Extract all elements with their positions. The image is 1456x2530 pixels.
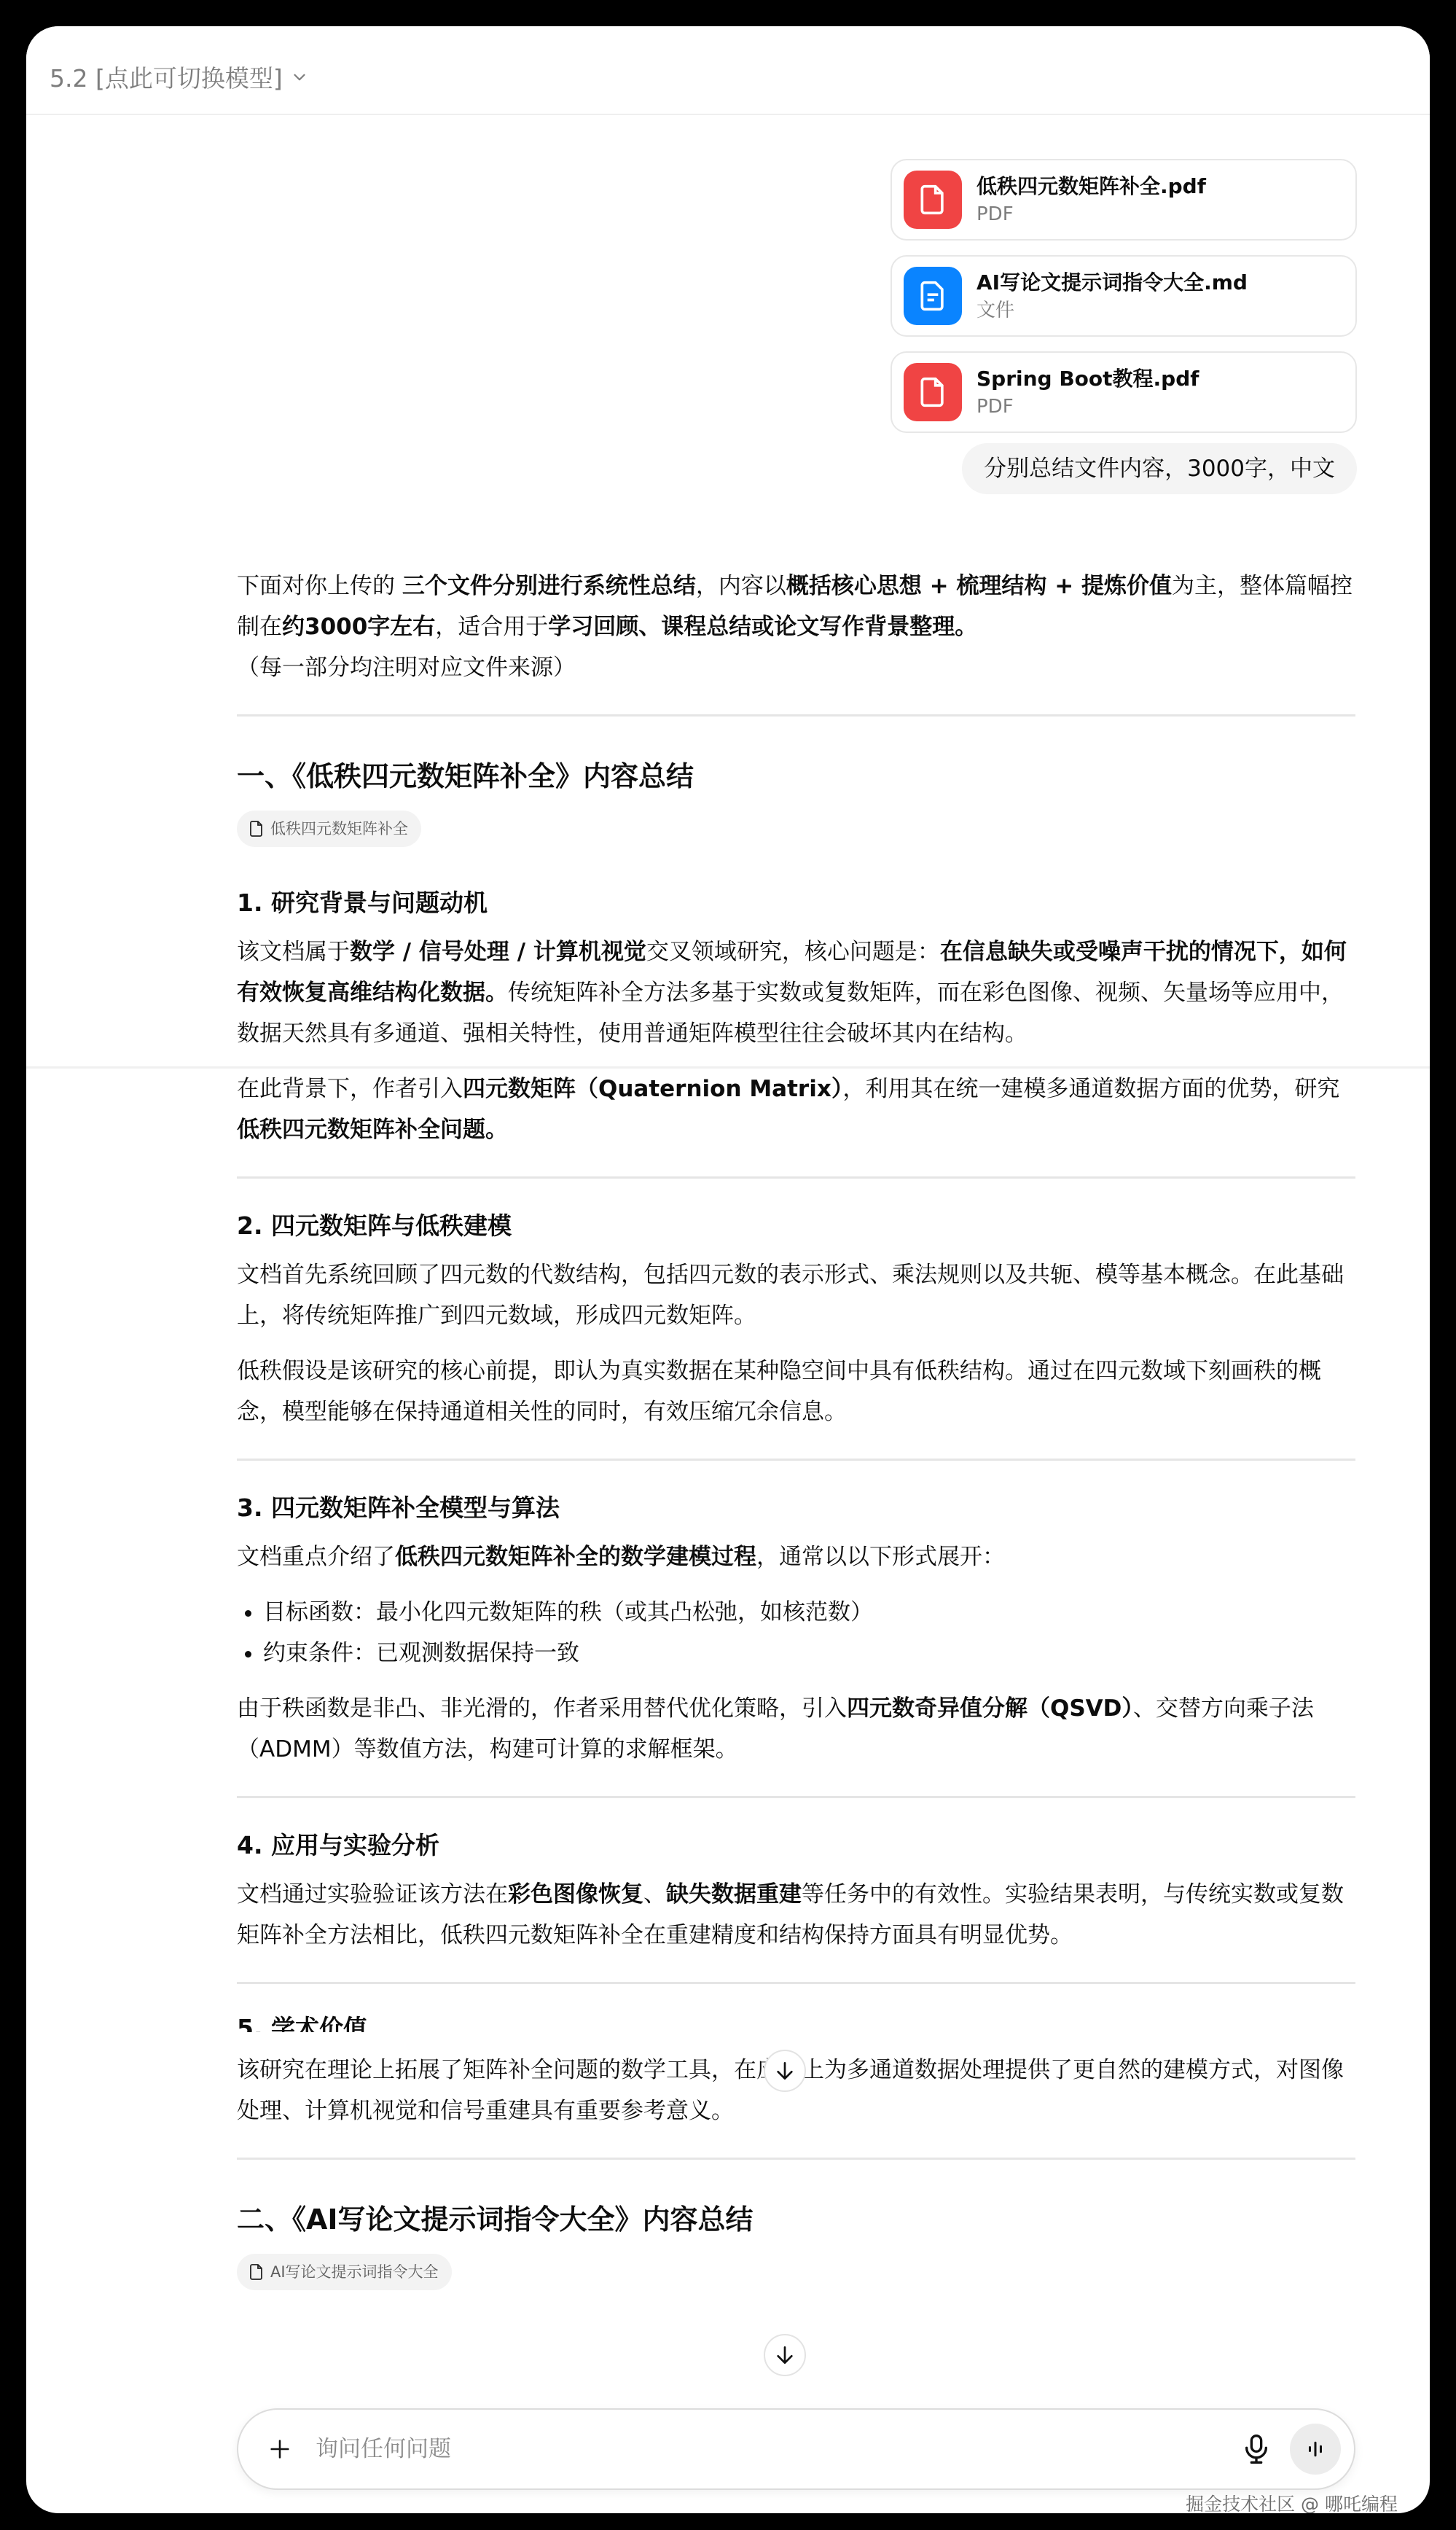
divider — [237, 1176, 1355, 1179]
text: 由于秩函数是非凸、非光滑的，作者采用替代优化策略，引入 — [237, 1695, 847, 1722]
model-switcher-label: 5.2 [点此可切换模型] — [50, 60, 283, 94]
attachment-type: PDF — [976, 394, 1199, 420]
text: 交叉领域研究，核心问题是： — [646, 939, 940, 965]
scroll-to-bottom-button[interactable] — [764, 2050, 806, 2092]
paragraph: 在此背景下，作者引入四元数矩阵（Quaternion Matrix），利用其在统… — [237, 1069, 1355, 1150]
paragraph: 文档通过实验验证该方法在彩色图像恢复、缺失数据重建等任务中的有效性。实验结果表明… — [237, 1874, 1355, 1956]
list-item: 目标函数：最小化四元数矩阵的秩（或其凸松弛，如核范数） — [263, 1592, 1355, 1633]
bold-text: 四元数矩阵（Quaternion Matrix） — [463, 1076, 842, 1102]
attachment-card[interactable]: AI写论文提示词指令大全.md 文件 — [891, 255, 1357, 337]
source-chip[interactable]: 低秩四元数矩阵补全 — [237, 811, 421, 847]
message-input[interactable] — [314, 2435, 1242, 2463]
subsection-heading: 5. 学术价值 — [237, 2010, 1355, 2032]
pdf-file-icon — [904, 171, 962, 229]
bold-text: 缺失数据重建 — [666, 1881, 802, 1908]
bullet-list: 目标函数：最小化四元数矩阵的秩（或其凸松弛，如核范数） 约束条件：已观测数据保持… — [237, 1592, 1355, 1674]
section-title: 二、《AI写论文提示词指令大全》内容总结 — [237, 2199, 1355, 2240]
text-file-icon — [904, 267, 962, 325]
text: 文档通过实验验证该方法在 — [237, 1881, 508, 1908]
source-chip-label: AI写论文提示词指令大全 — [270, 2254, 439, 2290]
subsection-heading: 1. 研究背景与问题动机 — [237, 885, 1355, 921]
assistant-response: 下面对你上传的 三个文件分别进行系统性总结，内容以概括核心思想 + 梳理结构 +… — [237, 566, 1355, 2299]
bold-text: 低秩四元数矩阵补全问题。 — [237, 1117, 508, 1143]
attachment-list: 低秩四元数矩阵补全.pdf PDF AI写论文提示词指令大全.md 文件 Spr… — [891, 159, 1357, 448]
chat-window: 5.2 [点此可切换模型] 低秩四元数矩阵补全.pdf PDF AI写论文提示词… — [26, 26, 1430, 2513]
source-chip-label: 低秩四元数矩阵补全 — [270, 811, 408, 847]
bold-text: 学习回顾、课程总结或论文写作背景整理。 — [548, 614, 977, 640]
scroll-to-bottom-button[interactable] — [764, 2334, 806, 2376]
bold-text: 概括核心思想 + 梳理结构 + 提炼价值 — [786, 573, 1172, 599]
section-title: 一、《低秩四元数矩阵补全》内容总结 — [237, 756, 1355, 797]
text: ，适合用于 — [435, 614, 548, 640]
subsection-heading: 3. 四元数矩阵补全模型与算法 — [237, 1490, 1355, 1526]
text: 文档重点介绍了 — [237, 1544, 395, 1570]
attachment-name: AI写论文提示词指令大全.md — [976, 268, 1248, 297]
watermark: 掘金技术社区 @ 哪吒编程 — [1186, 2490, 1398, 2513]
intro-note: （每一部分均注明对应文件来源） — [237, 655, 576, 681]
subsection-heading: 4. 应用与实验分析 — [237, 1827, 1355, 1864]
attachment-type: PDF — [976, 201, 1206, 227]
attachment-name: Spring Boot教程.pdf — [976, 364, 1199, 394]
message-composer — [237, 2408, 1355, 2490]
attachment-type: 文件 — [976, 297, 1248, 324]
waveform-icon — [1304, 2438, 1326, 2460]
header: 5.2 [点此可切换模型] — [26, 26, 1430, 115]
subsection-heading: 2. 四元数矩阵与低秩建模 — [237, 1208, 1355, 1244]
paragraph: 该文档属于数学 / 信号处理 / 计算机视觉交叉领域研究，核心问题是：在信息缺失… — [237, 932, 1355, 1054]
bold-text: 低秩四元数矩阵补全的数学建模过程 — [395, 1544, 756, 1570]
source-chip[interactable]: AI写论文提示词指令大全 — [237, 2254, 452, 2290]
bold-text: 彩色图像恢复 — [508, 1881, 643, 1908]
divider — [237, 1796, 1355, 1798]
attachment-card[interactable]: Spring Boot教程.pdf PDF — [891, 351, 1357, 433]
text: ，通常以以下形式展开： — [756, 1544, 1005, 1570]
list-item: 约束条件：已观测数据保持一致 — [263, 1633, 1355, 1674]
text: 在此背景下，作者引入 — [237, 1076, 463, 1102]
bold-text: 三个文件分别进行系统性总结 — [402, 573, 696, 599]
paragraph: 文档重点介绍了低秩四元数矩阵补全的数学建模过程，通常以以下形式展开： — [237, 1537, 1355, 1577]
arrow-down-icon — [773, 2343, 797, 2367]
divider — [237, 714, 1355, 717]
microphone-icon[interactable] — [1242, 2433, 1271, 2465]
document-icon — [250, 2263, 263, 2281]
bold-text: 数学 / 信号处理 / 计算机视觉 — [350, 939, 646, 965]
intro-paragraph: 下面对你上传的 三个文件分别进行系统性总结，内容以概括核心思想 + 梳理结构 +… — [237, 566, 1355, 688]
text: ，利用其在统一建模多通道数据方面的优势，研究 — [842, 1076, 1339, 1102]
document-icon — [250, 820, 263, 838]
bold-text: 四元数奇异值分解（QSVD） — [847, 1695, 1133, 1722]
divider — [237, 1459, 1355, 1461]
plus-icon[interactable] — [267, 2437, 292, 2461]
chevron-down-icon — [290, 68, 309, 87]
attachment-card[interactable]: 低秩四元数矩阵补全.pdf PDF — [891, 159, 1357, 241]
paragraph: 低秩假设是该研究的核心前提，即认为真实数据在某种隐空间中具有低秩结构。通过在四元… — [237, 1351, 1355, 1432]
paragraph: 文档首先系统回顾了四元数的代数结构，包括四元数的表示形式、乘法规则以及共轭、模等… — [237, 1254, 1355, 1336]
pdf-file-icon — [904, 363, 962, 421]
voice-mode-button[interactable] — [1290, 2424, 1341, 2475]
paragraph: 由于秩函数是非凸、非光滑的，作者采用替代优化策略，引入四元数奇异值分解（QSVD… — [237, 1688, 1355, 1770]
bold-text: 约3000字左右 — [282, 614, 435, 640]
text: 、 — [643, 1881, 666, 1908]
divider — [237, 2158, 1355, 2160]
text: ，内容以 — [696, 573, 786, 599]
arrow-down-icon — [773, 2059, 797, 2082]
model-switcher-button[interactable]: 5.2 [点此可切换模型] — [50, 60, 309, 94]
text: 该文档属于 — [237, 939, 350, 965]
text: 下面对你上传的 — [237, 573, 402, 599]
user-message-bubble: 分别总结文件内容，3000字，中文 — [962, 443, 1357, 494]
attachment-name: 低秩四元数矩阵补全.pdf — [976, 172, 1206, 201]
divider — [237, 1982, 1355, 1984]
